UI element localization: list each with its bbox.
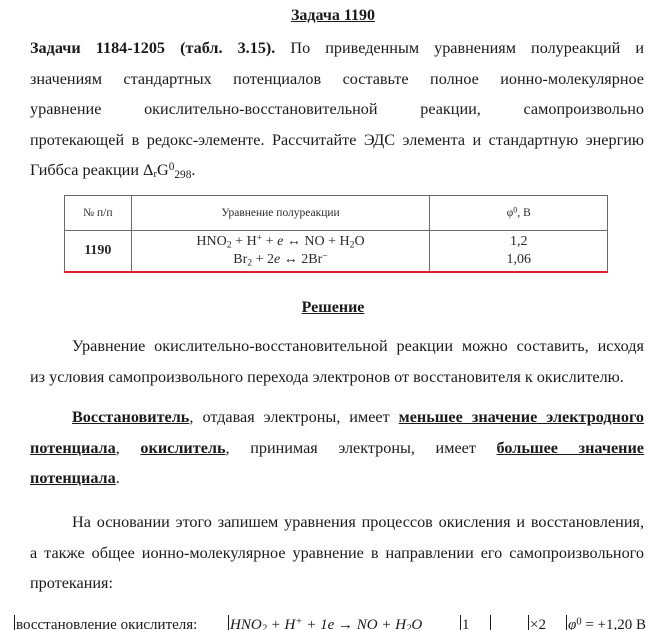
p3-line-1-text: На основании этого запишем уравнения про… (72, 513, 644, 531)
task-bold-prefix: Задачи 1184-1205 (табл. 3.15). (30, 39, 275, 57)
p2-line-1: Восстановитель, отдавая электроны, имеет… (30, 402, 644, 433)
row-equations: HNO2 + H+ + e ↔ NO + H2O Br2 + 2e ↔ 2Br− (131, 231, 430, 273)
lower-potential-term: меньшее значение электродного (399, 408, 644, 426)
reduction-equation: HNO2 + H+ + 1e → NO + H2O (228, 615, 422, 630)
p2-period: . (116, 469, 120, 487)
p1-line-2: из условия самопроизвольного перехода эл… (30, 362, 644, 393)
cell-border (14, 615, 15, 630)
p3-line-3: протекания: (30, 568, 644, 599)
row-potentials: 1,2 1,06 (430, 231, 608, 273)
paragraph-1: Уравнение окислительно-восстановительной… (30, 331, 644, 392)
task-line-1-text: По приведенным уравнениям полуреакций и (275, 39, 644, 57)
electron-count: 1 (462, 617, 470, 630)
p3-line-2: а также общее ионно-молекулярное уравнен… (30, 538, 644, 569)
eq2-part: + 2 (252, 252, 274, 267)
paragraph-3: На основании этого запишем уравнения про… (30, 507, 644, 599)
task-title: Задача 1190 (0, 6, 666, 26)
gibbs-sub: 298 (174, 169, 191, 181)
eq2-sup: − (322, 251, 328, 262)
reduction-equation-row: восстановление окислителя: HNO2 + H+ + 1… (14, 615, 666, 630)
task-line-2: значениям стандартных потенциалов состав… (30, 64, 644, 95)
reduction-label-cell: восстановление окислителя: (14, 615, 197, 630)
gibbs-g: G (157, 161, 169, 179)
table-header-row: № п/п Уравнение полуреакции φ0, В (65, 196, 608, 231)
half-reaction-table: № п/п Уравнение полуреакции φ0, В 1190 H… (64, 195, 608, 273)
eq-plus-e: + 1e → NO + H (302, 617, 406, 630)
task-line-4: протекающей в редокс-элементе. Рассчитай… (30, 125, 644, 156)
p2-line-2: потенциала, окислитель, принимая электро… (30, 433, 644, 464)
task-title-text: Задача 1190 (291, 7, 375, 24)
half-reaction-table-wrap: № п/п Уравнение полуреакции φ0, В 1190 H… (64, 195, 608, 273)
cell-border (460, 615, 461, 630)
cell-border (490, 615, 491, 630)
eq2-part: Br (233, 252, 247, 267)
eq1-part: HNO (196, 234, 226, 249)
p1-line-1: Уравнение окислительно-восстановительной… (30, 331, 644, 362)
eq-plus-h: + H (267, 617, 295, 630)
row-number: 1190 (65, 231, 132, 273)
reduction-label: восстановление окислителя: (16, 617, 197, 630)
eq-o: O (411, 617, 422, 630)
table-row: 1190 HNO2 + H+ + e ↔ NO + H2O Br2 + 2e ↔… (65, 231, 608, 273)
cell-border (566, 615, 567, 630)
empty-cell (490, 615, 492, 630)
eq2-part: ↔ 2Br (280, 252, 322, 267)
lower-potential-term-end: потенциала (30, 439, 116, 457)
gibbs-suffix: . (191, 161, 195, 179)
task-line-3: уравнение окислительно-восстановительной… (30, 94, 644, 125)
task-line-1: Задачи 1184-1205 (табл. 3.15). По привед… (30, 33, 644, 64)
multiplier-cell: ×2 (528, 615, 546, 630)
potential-cell: φ0 = +1,20 В (566, 615, 646, 630)
eq1-part: + (262, 234, 277, 249)
header-equation: Уравнение полуреакции (131, 196, 430, 231)
higher-potential-term-end: потенциала (30, 469, 116, 487)
equation-line-1: HNO2 + H+ + e ↔ NO + H2O (132, 233, 430, 251)
cell-border (228, 615, 229, 630)
solution-heading: Решение (0, 298, 666, 318)
higher-potential-term: большее значение (497, 439, 644, 457)
solution-heading-text: Решение (302, 299, 365, 316)
eq1-part: O (354, 234, 364, 249)
document-page: Задача 1190 Задачи 1184-1205 (табл. 3.15… (0, 0, 666, 630)
reducer-term: Восстановитель (72, 408, 189, 426)
p1-line-1-text: Уравнение окислительно-восстановительной… (72, 337, 644, 355)
phi-value: = +1,20 В (582, 617, 646, 630)
cell-border (528, 615, 529, 630)
potential-2: 1,06 (430, 251, 607, 269)
electron-count-cell: 1 (460, 615, 470, 630)
header-number: № п/п (65, 196, 132, 231)
p2-text-1: , отдавая электроны, имеет (189, 408, 398, 426)
header-potential: φ0, В (430, 196, 608, 231)
eq1-part: ↔ NO + H (283, 234, 349, 249)
phi-unit: , В (517, 207, 530, 219)
equation-line-2: Br2 + 2e ↔ 2Br− (132, 251, 430, 269)
p3-line-1: На основании этого запишем уравнения про… (30, 507, 644, 538)
p2-text-2: , принимая электроны, имеет (226, 439, 497, 457)
task-statement: Задачи 1184-1205 (табл. 3.15). По привед… (30, 33, 644, 186)
multiplier: ×2 (530, 617, 546, 630)
paragraph-2: Восстановитель, отдавая электроны, имеет… (30, 402, 644, 494)
eq1-part: + H (232, 234, 257, 249)
potential-1: 1,2 (430, 233, 607, 251)
oxidizer-term: окислитель (140, 439, 225, 457)
p2-comma: , (116, 439, 141, 457)
eq-lhs: HNO (230, 617, 262, 630)
gibbs-prefix: Гиббса реакции Δ (30, 161, 153, 179)
task-line-5: Гиббса реакции ΔrG0298. (30, 155, 644, 186)
p2-line-3: потенциала. (30, 463, 644, 494)
